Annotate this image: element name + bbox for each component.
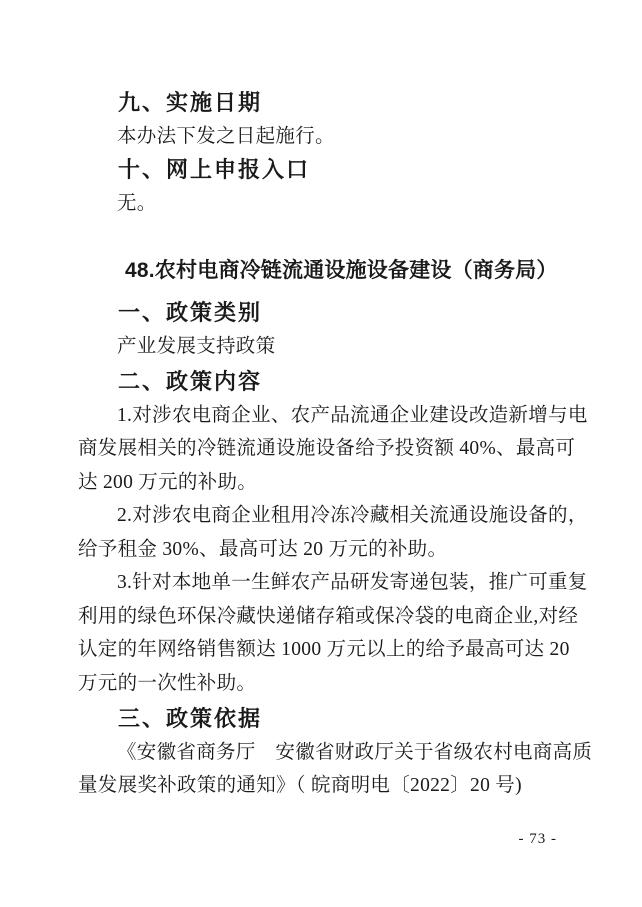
heading-implementation-date: 九、实施日期 (78, 86, 558, 120)
heading-online-application-portal: 十、网上申报入口 (78, 153, 558, 187)
text-line: 达 200 万元的补助。 (78, 466, 558, 500)
text-line: 3.针对本地单一生鲜农产品研发寄递包装，推广可重复 (78, 566, 558, 600)
policy-content-paragraph-3: 3.针对本地单一生鲜农产品研发寄递包装，推广可重复 利用的绿色环保冷藏快递储存箱… (78, 566, 558, 700)
implementation-date-text: 本办法下发之日起施行。 (78, 120, 558, 154)
policy-content-paragraph-1: 1.对涉农电商企业、农产品流通企业建设改造新增与电 商发展相关的冷链流通设施设备… (78, 399, 558, 500)
policy-48-title: 48.农村电商冷链流通设施设备建设（商务局） (78, 254, 558, 288)
text-line: 《安徽省商务厅 安徽省财政厅关于省级农村电商高质 (78, 736, 558, 770)
heading-policy-basis: 三、政策依据 (78, 702, 558, 736)
text-line: 2.对涉农电商企业租用冷冻冷藏相关流通设施设备的， (78, 499, 558, 533)
text-line: 量发展奖补政策的通知》（ 皖商明电〔2022〕20 号) (78, 769, 558, 803)
policy-basis-paragraph: 《安徽省商务厅 安徽省财政厅关于省级农村电商高质 量发展奖补政策的通知》（ 皖商… (78, 736, 558, 803)
heading-policy-content: 二、政策内容 (78, 365, 558, 399)
policy-content-paragraph-2: 2.对涉农电商企业租用冷冻冷藏相关流通设施设备的， 给予租金 30%、最高可达 … (78, 499, 558, 566)
text-line: 利用的绿色环保冷藏快递储存箱或保冷袋的电商企业,对经 (78, 600, 558, 634)
document-page: { "page": { "background_color": "#ffffff… (0, 0, 642, 907)
text-line: 商发展相关的冷链流通设施设备给予投资额 40%、最高可 (78, 432, 558, 466)
text-line: 认定的年网络销售额达 1000 万元以上的给予最高可达 20 (78, 633, 558, 667)
page-number: - 73 - (519, 829, 558, 849)
text-line: 万元的一次性补助。 (78, 667, 558, 701)
policy-category-text: 产业发展支持政策 (78, 330, 558, 364)
document-body: 九、实施日期 本办法下发之日起施行。 十、网上申报入口 无。 48.农村电商冷链… (78, 86, 558, 803)
text-line: 1.对涉农电商企业、农产品流通企业建设改造新增与电 (78, 399, 558, 433)
text-line: 给予租金 30%、最高可达 20 万元的补助。 (78, 533, 558, 567)
heading-policy-category: 一、政策类别 (78, 296, 558, 330)
online-application-portal-text: 无。 (78, 187, 558, 221)
